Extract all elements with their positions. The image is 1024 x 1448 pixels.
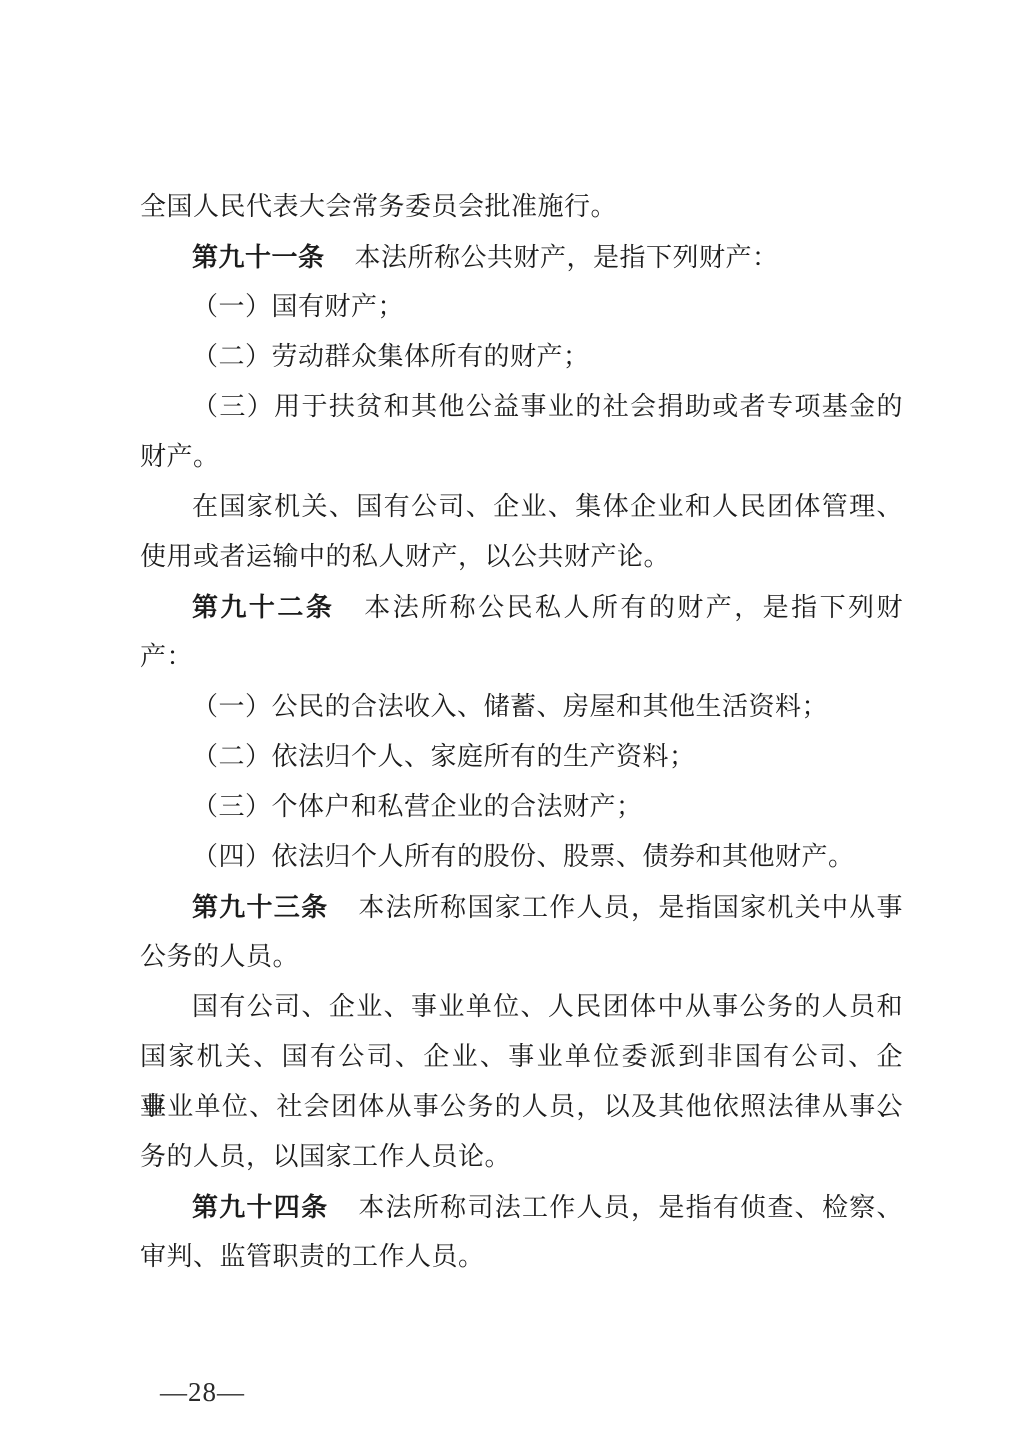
line-text: （二）依法归个人、家庭所有的生产资料； — [192, 742, 696, 771]
text-line: 国家机关、国有公司、企业、事业单位委派到非国有公司、企业、 — [140, 1032, 903, 1082]
text-line: （二）劳动群众集体所有的财产； — [140, 332, 903, 382]
article-number: 第九十一条 — [192, 242, 325, 272]
line-text: （二）劳动群众集体所有的财产； — [192, 342, 590, 371]
line-text: 公务的人员。 — [140, 942, 299, 971]
line-text: 本法所称公民私人所有的财产，是指下列财 — [364, 593, 903, 622]
article-number: 第九十四条 — [192, 1192, 328, 1222]
text-line: 使用或者运输中的私人财产，以公共财产论。 — [140, 532, 903, 582]
text-line: 国有公司、企业、事业单位、人民团体中从事公务的人员和 — [140, 982, 903, 1032]
line-text: 使用或者运输中的私人财产，以公共财产论。 — [140, 542, 670, 571]
line-text: （一）公民的合法收入、储蓄、房屋和其他生活资料； — [192, 692, 828, 721]
page-number: —28— — [160, 1372, 245, 1412]
text-line: （二）依法归个人、家庭所有的生产资料； — [140, 732, 903, 782]
article-number: 第九十三条 — [192, 892, 328, 922]
text-line: （一）公民的合法收入、储蓄、房屋和其他生活资料； — [140, 682, 903, 732]
line-text: 财产。 — [140, 442, 220, 471]
text-line: 在国家机关、国有公司、企业、集体企业和人民团体管理、 — [140, 482, 903, 532]
text-line: 公务的人员。 — [140, 932, 903, 982]
text-line: （三）用于扶贫和其他公益事业的社会捐助或者专项基金的 — [140, 382, 903, 432]
line-text: （一）国有财产； — [192, 292, 404, 321]
text-line: 第九十一条本法所称公共财产，是指下列财产： — [140, 232, 903, 282]
document-body: 全国人民代表大会常务委员会批准施行。第九十一条本法所称公共财产，是指下列财产：（… — [140, 182, 903, 1282]
line-text: 在国家机关、国有公司、企业、集体企业和人民团体管理、 — [192, 492, 903, 521]
article-number: 第九十二条 — [192, 592, 334, 622]
line-text: 国有公司、企业、事业单位、人民团体中从事公务的人员和 — [192, 992, 903, 1021]
text-line: （四）依法归个人所有的股份、股票、债券和其他财产。 — [140, 832, 903, 882]
text-line: 第九十三条本法所称国家工作人员，是指国家机关中从事 — [140, 882, 903, 932]
text-line: 审判、监管职责的工作人员。 — [140, 1232, 903, 1282]
line-text: 产： — [140, 642, 193, 671]
document-page: 全国人民代表大会常务委员会批准施行。第九十一条本法所称公共财产，是指下列财产：（… — [0, 0, 1024, 1448]
text-line: 财产。 — [140, 432, 903, 482]
line-text: 务的人员，以国家工作人员论。 — [140, 1142, 511, 1171]
line-text: 本法所称国家工作人员，是指国家机关中从事 — [358, 893, 903, 922]
text-line: （三）个体户和私营企业的合法财产； — [140, 782, 903, 832]
text-line: 产： — [140, 632, 903, 682]
text-line: 事业单位、社会团体从事公务的人员，以及其他依照法律从事公 — [140, 1082, 903, 1132]
line-text: 本法所称司法工作人员，是指有侦查、检察、 — [358, 1193, 903, 1222]
line-text: 本法所称公共财产，是指下列财产： — [355, 243, 779, 272]
line-text: （四）依法归个人所有的股份、股票、债券和其他财产。 — [192, 842, 855, 871]
text-line: 全国人民代表大会常务委员会批准施行。 — [140, 182, 903, 232]
line-text: （三）用于扶贫和其他公益事业的社会捐助或者专项基金的 — [192, 392, 903, 421]
line-text: （三）个体户和私营企业的合法财产； — [192, 792, 643, 821]
text-line: （一）国有财产； — [140, 282, 903, 332]
line-text: 审判、监管职责的工作人员。 — [140, 1242, 485, 1271]
line-text: 全国人民代表大会常务委员会批准施行。 — [140, 192, 617, 221]
text-line: 务的人员，以国家工作人员论。 — [140, 1132, 903, 1182]
line-text: 事业单位、社会团体从事公务的人员，以及其他依照法律从事公 — [140, 1092, 903, 1121]
text-line: 第九十四条本法所称司法工作人员，是指有侦查、检察、 — [140, 1182, 903, 1232]
text-line: 第九十二条本法所称公民私人所有的财产，是指下列财 — [140, 582, 903, 632]
